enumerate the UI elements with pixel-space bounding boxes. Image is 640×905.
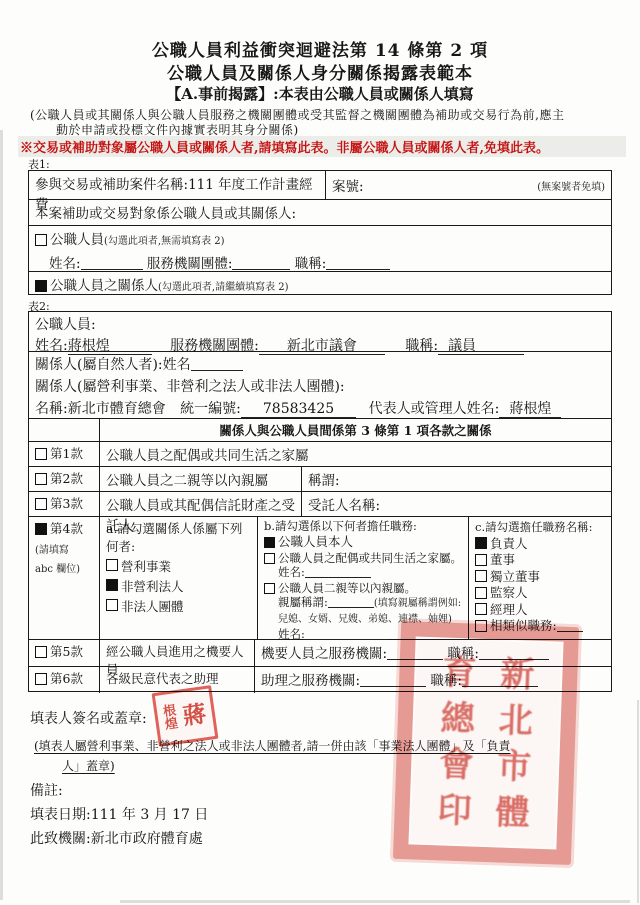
col-b-opt2-label: 公職人員之配偶或共同生活之家屬。姓名: [278,551,462,579]
col-c-opt2-label: 董事 [490,552,515,567]
clause2-extra: 稱謂: [301,467,611,491]
clause1-desc: 公職人員之配偶或共同生活之家屬 [99,442,611,466]
name-seal-char-left-bottom: 煌 [164,717,179,732]
clause3-no: 第3款 [50,496,83,511]
official-heading: 公職人員: [35,314,605,334]
table1-row-subject: 本案補助或交易對象係公職人員或其關係人: [29,199,611,225]
clause6-no: 第6款 [50,671,83,686]
table1-row-case: 參與交易或補助案件名稱:111 年度工作計畫經費 案號:(無案號者免填) [29,171,611,199]
col-a-opt2-label: 非營利法人 [121,577,184,595]
clause3-extra: 受託人名稱: [301,492,611,516]
col-b-spouse-name-field[interactable] [305,565,371,578]
case-no-cell: 案號:(無案號者免填) [325,171,611,199]
scan-edge-right [637,700,639,903]
col-b-opt3-checkbox[interactable] [264,583,275,594]
official-name-field[interactable] [81,257,143,270]
official-option-label: 公職人員 [50,232,104,248]
clause4-col-a: a.請勾選關係人係屬下列何者: 營利事業 非營利法人 非法人團體 [99,517,257,639]
col-a-opt1-label: 營利事業 [121,557,171,575]
relation-header-text: 關係人與公職人員間係第 3 條第 1 項各款之關係 [99,419,611,441]
name-seal-char-right: 蔣 [181,702,207,728]
org-seal-char: 市 [497,749,532,784]
subject-text: 本案補助或交易對象係公職人員或其關係人: [29,200,611,225]
clause1-no: 第1款 [50,446,83,461]
org-seal-char: 總 [440,701,475,736]
col-b-opt2-checkbox[interactable] [264,553,275,564]
entity-name-label: 名稱: [35,401,68,417]
entity-name-value: 新北市體育總會 [68,401,166,417]
official-fields-line: 姓名: 服務機關團體: 職稱: [35,252,605,272]
col-c-opt3-label: 獨立董事 [490,569,540,584]
table2-row-related: 關係人(屬自然人者):姓名 關係人(屬營利事業、非營利之法人或非法人團體): 名… [29,351,611,418]
official-title-field[interactable] [326,257,390,270]
col-b-opt1-label: 公職人員本人 [278,535,353,549]
col-a-opt2-checkbox[interactable] [106,579,118,591]
official-title-label: 職稱: [295,256,327,272]
col-c-opt5-checkbox[interactable] [475,603,487,615]
official-org-field[interactable] [232,257,290,270]
col-c-opt1-label: 負責人 [490,536,528,551]
fill-date: 填表日期:111 年 3 月 17 日 [30,804,208,824]
clause5-checkbox[interactable] [35,646,47,658]
entity-uid-value: 78583425 [241,401,356,418]
org-seal-char: 新 [500,657,535,692]
col-b-rel-field[interactable] [328,595,374,608]
org-seal-char: 印 [437,793,472,828]
clause1-checkbox[interactable] [35,448,47,460]
form-title-line3: 【A.事前揭露】:本表由公職人員或關係人填寫 [0,83,640,104]
case-name-cell: 參與交易或補助案件名稱:111 年度工作計畫經費 [29,171,325,199]
col-b-opt3-label: 公職人員二親等以內親屬。 [278,581,416,595]
red-warning-line: ※交易或補助對象屬公職人員或關係人者,請填寫此表。非屬公職人員或關係人者,免填此… [18,136,626,157]
clause6-checkbox[interactable] [35,673,47,685]
natural-name-field[interactable] [191,358,243,371]
clause2-checkbox[interactable] [35,473,47,485]
form-title-line1: 公職人員利益衝突迴避法第 14 條第 2 項 [0,36,640,61]
table2-row-clause2: 第2款 公職人員之二親等以內親屬 稱謂: [29,466,611,491]
clause5-org-label: 機要人員之服務機關: [261,646,387,662]
col-a-title: a.請勾選關係人係屬下列何者: [106,519,251,555]
scan-edge-left [0,130,3,900]
table1: 參與交易或補助案件名稱:111 年度工作計畫經費 案號:(無案號者免填) 本案補… [28,170,612,295]
case-no-label: 案號: [332,175,364,195]
entity-uid-label: 統一編號: [180,401,241,417]
related-option-hint: (勾選此項者,請繼續填寫表 2) [158,282,289,293]
clause4-no: 第4款 [50,521,83,536]
official-org-label: 服務機關團體: [147,256,233,272]
relation-header-empty-cell [29,419,99,441]
clause2-desc: 公職人員之二親等以內親屬 [99,467,301,491]
org-seal-char: 會 [439,747,474,782]
clause4-checkbox[interactable] [35,523,47,535]
name-seal-left-column: 根 煌 [162,704,179,732]
official-option-line: 公職人員(勾選此項者,無需填寫表 2) [35,228,605,248]
form-title-line2: 公職人員及關係人身分關係揭露表範本 [0,59,640,84]
clause3-desc: 公職人員或其配偶信託財產之受託人 [99,492,301,516]
clause4-note2: abc 欄位) [35,560,93,575]
clause4-col-c: c.請勾選擔任職務名稱: 負責人 董事 獨立董事 監察人 經理人 相類似職務: [468,517,611,639]
related-checkbox[interactable] [35,280,47,292]
official-name-label: 姓名: [49,256,81,272]
table2-row-clause1: 第1款 公職人員之配偶或共同生活之家屬 [29,441,611,466]
col-b-name-label: 姓名: [278,627,305,641]
col-b-rel-label: 親屬稱謂: [278,595,328,609]
clause6-org-label: 助理之服務機關: [261,673,360,689]
clause5-desc: 經公職人員進用之機要人員 [99,640,254,666]
organization-seal: 新 北 市 體 育 總 會 印 [393,621,579,865]
table1-row-related: 公職人員之關係人(勾選此項者,請繼續填寫表 2) [29,271,611,296]
clause4-no-cell: 第4款 (請填寫 abc 欄位) [29,517,99,639]
col-c-opt1-checkbox[interactable] [475,537,487,549]
org-seal-char: 育 [442,655,477,690]
table2-row-clause3: 第3款 公職人員或其配偶信託財產之受託人 受託人名稱: [29,491,611,516]
remark-label: 備註: [30,780,63,800]
scan-edge-bottom [120,900,630,903]
clause3-checkbox[interactable] [35,498,47,510]
col-b-title: b.請勾選係以下何者擔任職務: [264,519,462,533]
col-a-opt3-label: 非法人團體 [121,597,184,615]
signature-note-line2: 人」蓋章) [62,757,115,774]
col-c-opt5-label: 經理人 [490,602,528,617]
col-c-opt3-checkbox[interactable] [475,570,487,582]
entity-rep-value: 蔣根煌 [499,401,561,418]
case-name-label: 參與交易或補助案件名稱: [35,177,188,193]
col-c-title: c.請勾選擔任職務名稱: [475,519,605,536]
clause4-col-b: b.請勾選係以下何者擔任職務: 公職人員本人 公職人員之配偶或共同生活之家屬。姓… [257,517,468,639]
clause4-note1: (請填寫 [35,541,93,556]
personal-name-seal: 蔣 根 煌 [152,685,219,747]
official-checkbox[interactable] [35,234,47,246]
org-seal-right-column: 新 北 市 體 [495,645,536,842]
col-c-opt2-checkbox[interactable] [475,554,487,566]
col-a-opt3-checkbox[interactable] [106,599,118,611]
col-c-opt4-label: 監察人 [490,585,528,600]
case-no-hint: (無案號者免填) [537,178,605,193]
col-b-opt1-checkbox[interactable] [264,537,275,548]
col-c-opt4-checkbox[interactable] [475,587,487,599]
addressed-agency: 此致機關:新北市政府體育處 [30,828,203,848]
related-option-label: 公職人員之關係人 [50,278,158,294]
signature-label: 填表人簽名或蓋章: [30,708,147,728]
related-entity-line: 名稱:新北市體育總會 統一編號:78583425 代表人或管理人姓名:蔣根煌 [35,398,605,418]
clause2-no: 第2款 [50,471,83,486]
org-seal-char: 體 [495,795,530,830]
org-seal-left-column: 育 總 會 印 [437,643,478,840]
related-natural-line: 關係人(屬自然人者):姓名 [35,354,605,374]
table2-relation-header-row: 關係人與公職人員間係第 3 條第 1 項各款之關係 [29,418,611,441]
table2-row-clause4: 第4款 (請填寫 abc 欄位) a.請勾選關係人係屬下列何者: 營利事業 非營… [29,516,611,639]
table2-row-official: 公職人員: 姓名:蔣根煌 服務機關團體:新北市議會 職稱:議員 [29,312,611,351]
clause5-no: 第5款 [50,644,83,659]
entity-rep-label: 代表人或管理人姓名: [369,401,500,417]
table1-row-official: 公職人員(勾選此項者,無需填寫表 2) 姓名: 服務機關團體: 職稱: [29,225,611,271]
col-a-opt1-checkbox[interactable] [106,559,118,571]
official-option-hint: (勾選此項者,無需填寫表 2) [104,236,225,247]
org-seal-char: 北 [498,703,533,738]
col-b-name-field[interactable] [305,627,389,640]
related-entity-heading: 關係人(屬營利事業、非營利之法人或非法人團體): [35,376,605,396]
